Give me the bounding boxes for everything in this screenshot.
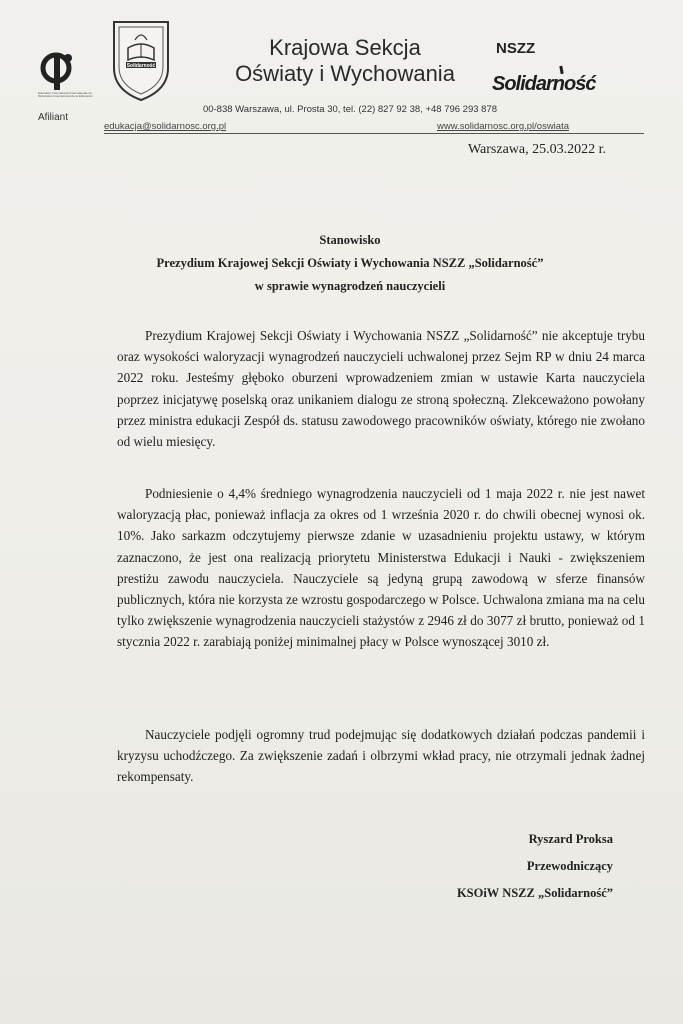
left-logo-caption: Education International Internationale d… <box>38 92 98 98</box>
signature-block: Ryszard Proksa Przewodniczący KSOiW NSZZ… <box>457 826 613 907</box>
title-line3: w sprawie wynagrodzeń nauczycieli <box>100 275 600 298</box>
title-line2: Prezydium Krajowej Sekcji Oświaty i Wych… <box>100 252 600 275</box>
solidarnosc-logo-icon: Solidarność <box>490 62 620 102</box>
organization-title: Krajowa Sekcja Oświaty i Wychowania <box>200 35 490 87</box>
signatory-name: Ryszard Proksa <box>457 826 613 853</box>
document-date: Warszawa, 25.03.2022 r. <box>468 142 606 158</box>
nszz-label: NSZZ <box>496 40 535 57</box>
paragraph-1-text: Prezydium Krajowej Sekcji Oświaty i Wych… <box>117 328 645 449</box>
document-title: Stanowisko Prezydium Krajowej Sekcji Ośw… <box>100 229 600 298</box>
org-title-line1: Krajowa Sekcja <box>200 35 490 61</box>
paragraph-1: Prezydium Krajowej Sekcji Oświaty i Wych… <box>117 325 645 452</box>
shield-logo-text: Solidarność <box>127 63 156 69</box>
afiliant-label: Afiliant <box>38 112 68 123</box>
paragraph-2: Podniesienie o 4,4% średniego wynagrodze… <box>117 483 645 653</box>
paragraph-2-text: Podniesienie o 4,4% średniego wynagrodze… <box>117 486 645 649</box>
paragraph-3-text: Nauczyciele podjęli ogromny trud podejmu… <box>117 727 645 784</box>
paragraph-3: Nauczyciele podjęli ogromny trud podejmu… <box>117 724 645 788</box>
address-line: 00-838 Warszawa, ul. Prosta 30, tel. (22… <box>160 104 540 115</box>
email-link[interactable]: edukacja@solidarnosc.org.pl <box>104 121 226 132</box>
solidarnosc-logo-text: Solidarność <box>492 73 597 95</box>
section-shield-logo-icon: Solidarność <box>110 18 172 102</box>
document-page: Education International Internationale d… <box>0 0 683 1024</box>
website-link[interactable]: www.solidarnosc.org.pl/oswiata <box>437 121 569 132</box>
header-divider <box>104 133 644 134</box>
signatory-role: Przewodniczący <box>457 853 613 880</box>
title-line1: Stanowisko <box>100 229 600 252</box>
signatory-organization: KSOiW NSZZ „Solidarność” <box>457 880 613 907</box>
org-title-line2: Oświaty i Wychowania <box>200 61 490 87</box>
